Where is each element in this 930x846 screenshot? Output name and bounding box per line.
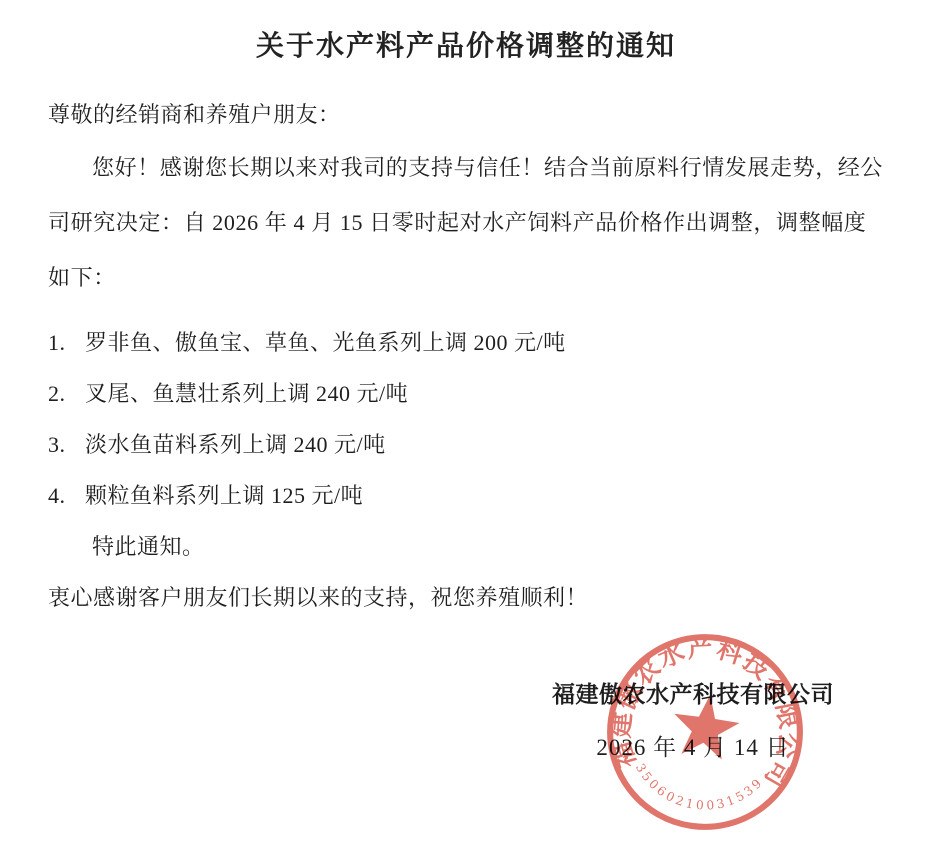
notice-line: 特此通知。 — [48, 521, 884, 572]
document-title: 关于水产料产品价格调整的通知 — [48, 26, 884, 68]
item-number: 2. — [48, 368, 85, 419]
signature-block: 福建傲农水产科技有限公司 2026 年 4 月 14 日 — [552, 681, 834, 762]
item-text: 叉尾、鱼慧壮系列上调 240 元/吨 — [85, 368, 408, 419]
item-number: 4. — [48, 470, 85, 521]
item-text: 罗非鱼、傲鱼宝、草鱼、光鱼系列上调 200 元/吨 — [85, 317, 566, 368]
signature-company-name: 福建傲农水产科技有限公司 — [552, 681, 834, 709]
item-text: 淡水鱼苗料系列上调 240 元/吨 — [85, 419, 386, 470]
salutation-line: 尊敬的经销商和养殖户朋友： — [48, 101, 884, 128]
item-number: 1. — [48, 317, 85, 368]
item-text: 颗粒鱼料系列上调 125 元/吨 — [85, 470, 363, 521]
notice-document: 关于水产料产品价格调整的通知 尊敬的经销商和养殖户朋友： 您好！感谢您长期以来对… — [0, 0, 930, 846]
list-item: 4. 颗粒鱼料系列上调 125 元/吨 — [48, 470, 884, 521]
list-item: 1. 罗非鱼、傲鱼宝、草鱼、光鱼系列上调 200 元/吨 — [48, 317, 884, 368]
signature-date: 2026 年 4 月 14 日 — [552, 734, 834, 762]
intro-paragraph: 您好！感谢您长期以来对我司的支持与信任！结合当前原料行情发展走势，经公司研究决定… — [48, 140, 884, 305]
seal-serial-number: 35060210031539 — [628, 759, 766, 821]
svg-text:35060210031539: 35060210031539 — [628, 759, 766, 821]
price-adjustment-list: 1. 罗非鱼、傲鱼宝、草鱼、光鱼系列上调 200 元/吨 2. 叉尾、鱼慧壮系列… — [48, 317, 884, 521]
item-number: 3. — [48, 419, 85, 470]
list-item: 2. 叉尾、鱼慧壮系列上调 240 元/吨 — [48, 368, 884, 419]
closing-line: 衷心感谢客户朋友们长期以来的支持，祝您养殖顺利！ — [48, 572, 884, 623]
list-item: 3. 淡水鱼苗料系列上调 240 元/吨 — [48, 419, 884, 470]
